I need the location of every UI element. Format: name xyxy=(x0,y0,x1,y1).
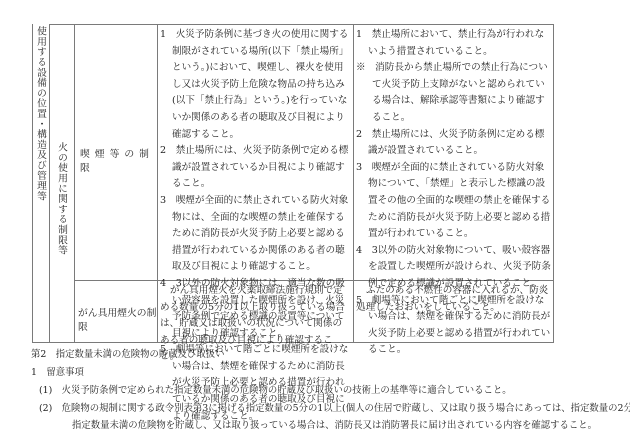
criteria-note: ※ 消防長から禁止場所での禁止行為について火災予防上支障がないと認められている場… xyxy=(356,60,551,126)
table-divider xyxy=(157,24,158,343)
category-label: 使用する設備の位置・構造及び管理等 xyxy=(34,26,46,276)
note-1: (1) 火災予防条例で定められた指定数量未満の危険物の貯蔵及び取扱いの技術上の基… xyxy=(31,383,630,398)
table-border-top xyxy=(49,24,554,25)
criteria-text: ふたのある不燃性の容器に入れるか、防炎処理したおおいをしていること。 xyxy=(356,283,551,316)
check-item: 2 禁止場所には、火災予防条例で定める標識が設置されているか目視により確認するこ… xyxy=(160,143,350,193)
table-divider xyxy=(49,24,50,343)
check-item: 1 火災予防条例に基づき火の使用に関する制限がされている場所(以下「禁止場所」と… xyxy=(160,27,350,143)
criteria-item: 2 禁止場所には、火災予防条例に定める標識が設置されていること。 xyxy=(356,127,551,160)
item-label-smoking: 喫煙等の制限 xyxy=(80,146,160,174)
criteria-item: 3 喫煙が全面的に禁止されている防火対象物について、「禁煙」と表示した標識の設置… xyxy=(356,160,551,243)
footer-notes: 第2 指定数量未満の危険物の貯蔵及び取扱い 1 留意事項 (1) 火災予防条例で… xyxy=(31,347,630,433)
subcategory-label: 火の使用に関する制限等 xyxy=(55,142,67,292)
item-label-toy-fireworks: がん具用煙火の制限 xyxy=(78,305,158,333)
check-item: 3 喫煙が全面的に禁止されている防火対象物には、全面的な喫煙の禁止を確保するため… xyxy=(160,193,350,276)
criteria-toy-fireworks: ふたのある不燃性の容器に入れるか、防炎処理したおおいをしていること。 xyxy=(356,283,551,316)
table-border-left xyxy=(32,24,33,343)
criteria-item: 1 禁止場所において、禁止行為が行われないよう措置されていること。 xyxy=(356,27,551,60)
table-border-right xyxy=(553,24,554,343)
subsection-title: 1 留意事項 xyxy=(31,365,630,380)
section-title: 第2 指定数量未満の危険物の貯蔵及び取扱い xyxy=(31,347,630,362)
table-divider xyxy=(353,24,354,343)
note-2: (2) 危険物の規制に関する政令別表第3に掲げる指定数量の5分の1以上(個人の住… xyxy=(31,401,630,416)
table-divider xyxy=(74,24,75,343)
note-2-continued: 指定数量未満の危険物を貯蔵し、又は取り扱っている場合は、消防長又は消防署長に届け… xyxy=(31,418,630,433)
